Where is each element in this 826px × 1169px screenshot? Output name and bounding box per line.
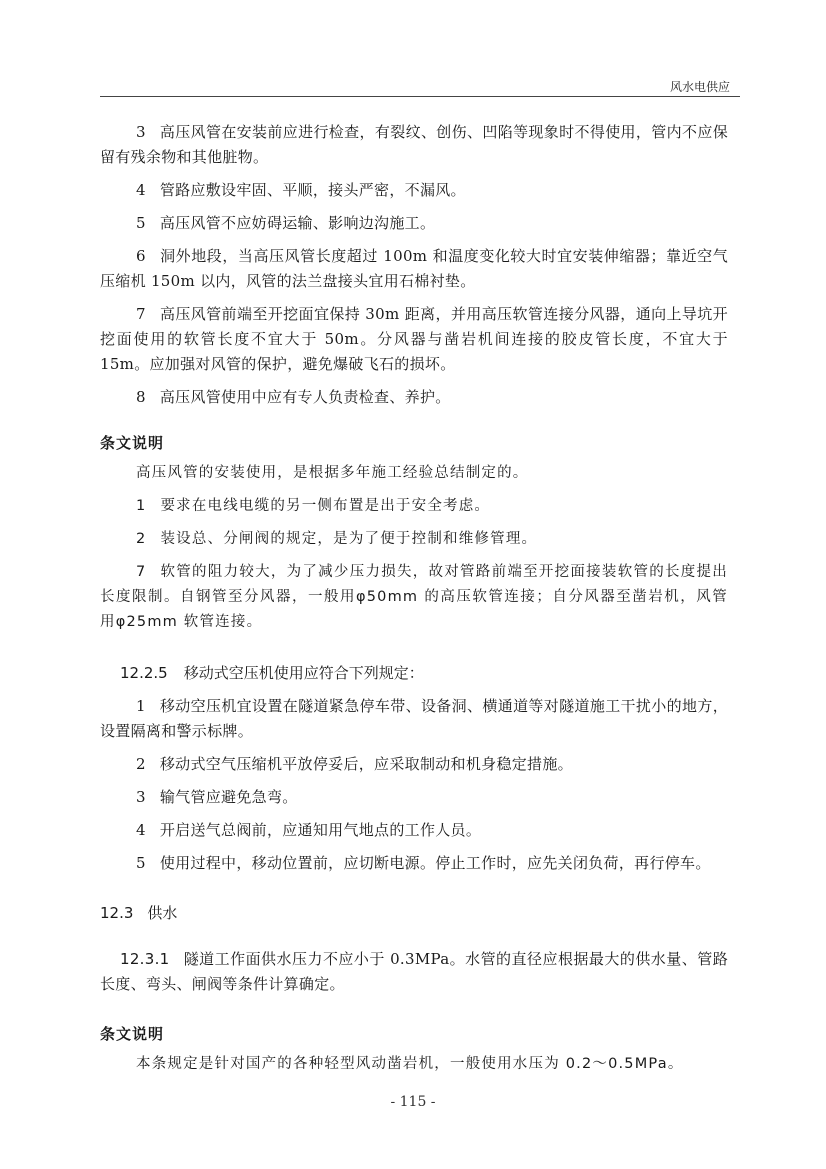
list-item: 7高压风管前端至开挖面宜保持 30m 距离，并用高压软管连接分风器，通向上导坑开… <box>100 302 728 377</box>
running-title: 风水电供应 <box>670 78 730 95</box>
commentary-item: 2装设总、分闸阀的规定，是为了便于控制和维修管理。 <box>100 527 728 552</box>
running-header: 风水电供应 <box>100 76 740 97</box>
clause-12-2-5-heading: 12.2.5移动式空压机使用应符合下列规定： <box>100 661 728 686</box>
list-item: 8高压风管使用中应有专人负责检查、养护。 <box>100 385 728 410</box>
list-item: 4开启送气总阀前，应通知用气地点的工作人员。 <box>100 818 728 843</box>
list-item: 3输气管应避免急弯。 <box>100 785 728 810</box>
commentary-heading: 条文说明 <box>100 1023 728 1044</box>
list-item: 4管路应敷设牢固、平顺，接头严密，不漏风。 <box>100 178 728 203</box>
list-item: 6洞外地段，当高压风管长度超过 100m 和温度变化较大时宜安装伸缩器；靠近空气… <box>100 244 728 294</box>
list-item: 2移动式空气压缩机平放停妥后，应采取制动和机身稳定措施。 <box>100 752 728 777</box>
list-item: 3高压风管在安装前应进行检查，有裂纹、创伤、凹陷等现象时不得使用，管内不应保留有… <box>100 120 728 170</box>
commentary-text: 本条规定是针对国产的各种轻型风动凿岩机，一般使用水压为 0.2～0.5MPa。 <box>100 1052 728 1077</box>
commentary-intro: 高压风管的安装使用，是根据多年施工经验总结制定的。 <box>100 461 728 486</box>
commentary-item: 7软管的阻力较大，为了减少压力损失，故对管路前端至开挖面接装软管的长度提出长度限… <box>100 560 728 635</box>
commentary-heading: 条文说明 <box>100 432 728 453</box>
page-body: 3高压风管在安装前应进行检查，有裂纹、创伤、凹陷等现象时不得使用，管内不应保留有… <box>100 120 728 1085</box>
page-number: - 115 - <box>0 1094 826 1110</box>
list-item: 1移动空压机宜设置在隧道紧急停车带、设备洞、横通道等对隧道施工干扰小的地方，设置… <box>100 694 728 744</box>
section-12-3-heading: 12.3供水 <box>100 902 728 923</box>
list-item: 5高压风管不应妨碍运输、影响边沟施工。 <box>100 211 728 236</box>
list-item: 5使用过程中，移动位置前，应切断电源。停止工作时，应先关闭负荷，再行停车。 <box>100 851 728 876</box>
clause-12-3-1: 12.3.1隧道工作面供水压力不应小于 0.3MPa。水管的直径应根据最大的供水… <box>100 947 728 997</box>
commentary-item: 1要求在电线电缆的另一侧布置是出于安全考虑。 <box>100 494 728 519</box>
